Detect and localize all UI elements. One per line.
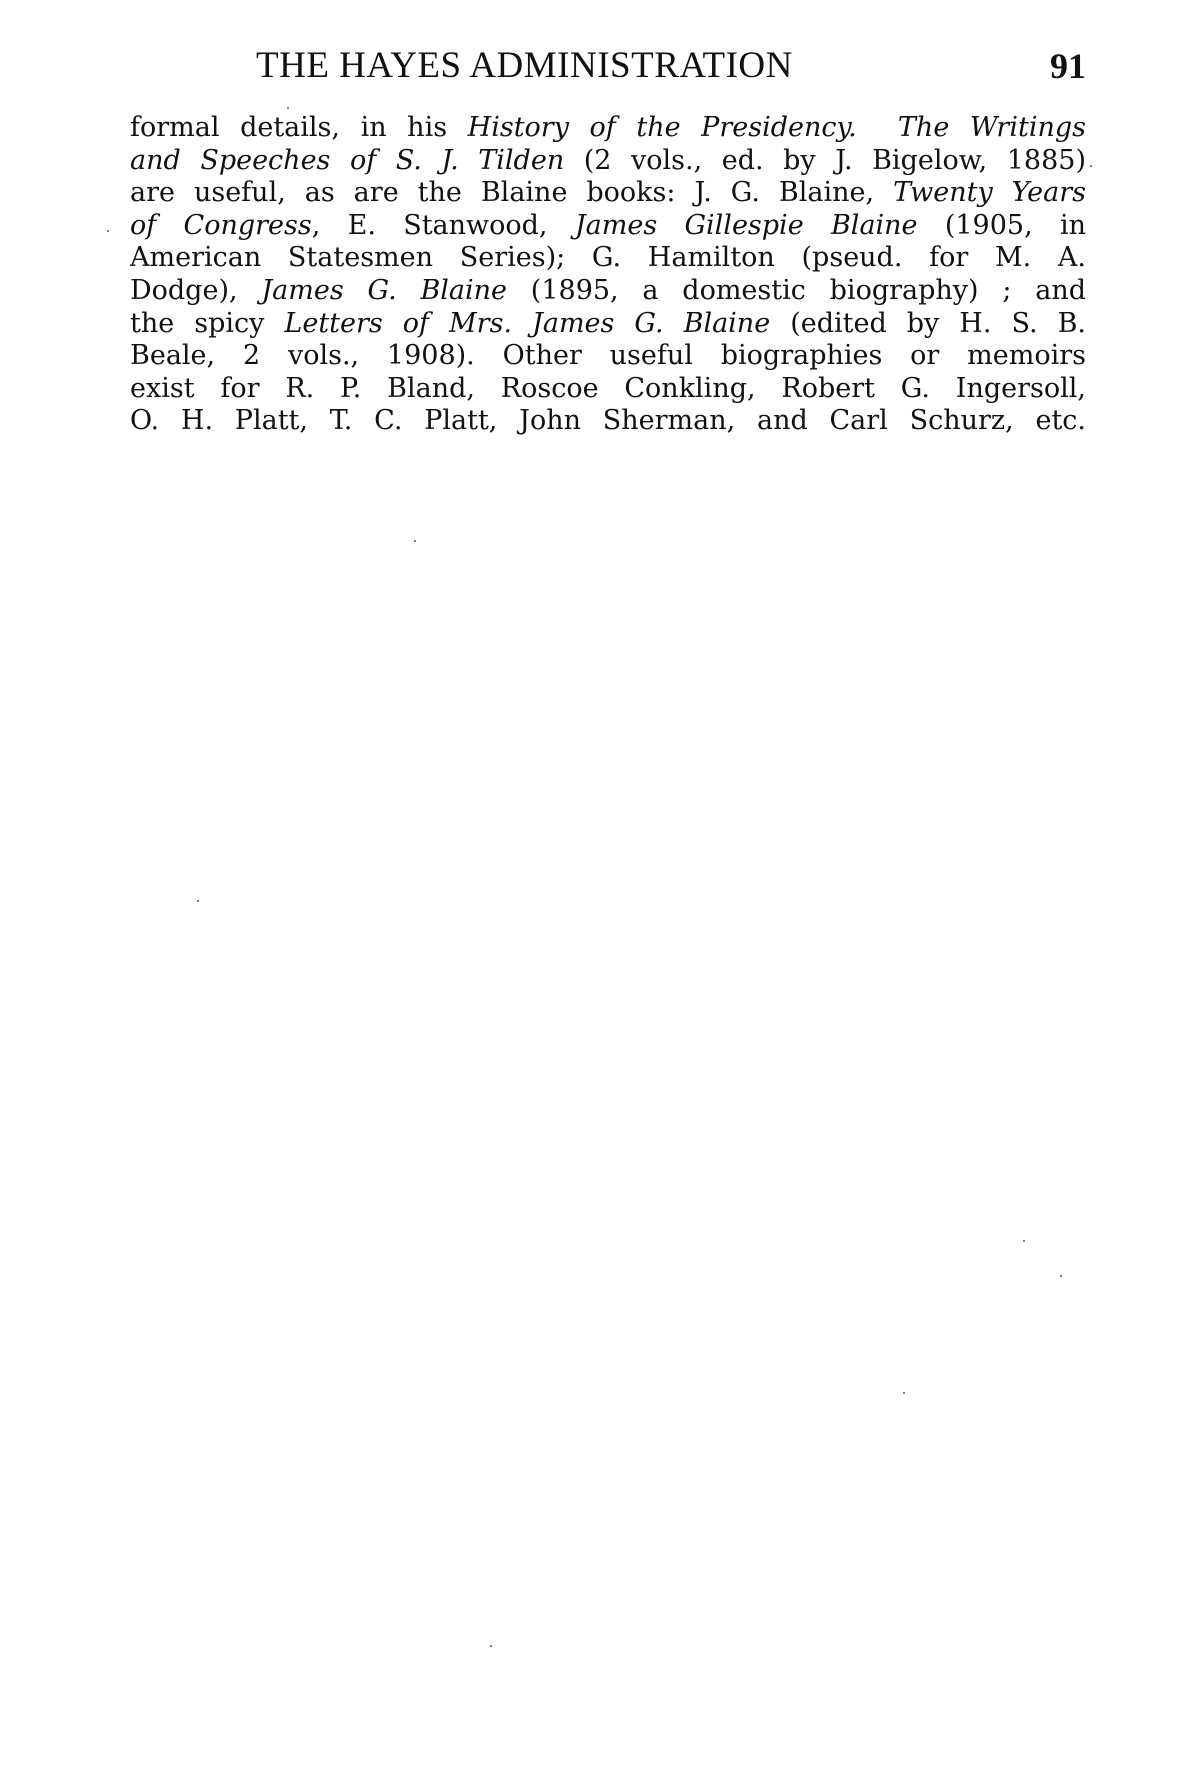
scan-speck	[197, 900, 199, 902]
text-run: American Statesmen Series); G. Hamilton …	[130, 242, 1086, 273]
text-line: of Congress, E. Stanwood, James Gillespi…	[130, 210, 1086, 243]
text-line: O. H. Platt, T. C. Platt, John Sherman, …	[130, 405, 1086, 438]
text-run: O. H. Platt, T. C. Platt, John Sherman, …	[130, 405, 1086, 436]
italic-title: James Gillespie Blaine	[575, 210, 918, 241]
text-run: exist for R. P. Bland, Roscoe Conkling, …	[130, 373, 1086, 404]
italic-title: Letters of Mrs. James G. Blaine	[284, 308, 770, 339]
scan-speck	[903, 1392, 905, 1394]
body-paragraph: formal details, in his History of the Pr…	[130, 112, 1086, 438]
italic-title: Twenty Years	[893, 177, 1086, 208]
text-run: (1905, in	[918, 210, 1086, 241]
italic-title: History of the Presidency.	[468, 112, 857, 143]
scan-speck	[1023, 1240, 1025, 1242]
page-number: 91	[1050, 44, 1086, 88]
italic-title: The Writings	[898, 112, 1086, 143]
text-run: Beale, 2 vols., 1908). Other useful biog…	[130, 340, 1086, 371]
text-line: Beale, 2 vols., 1908). Other useful biog…	[130, 340, 1086, 373]
text-line: exist for R. P. Bland, Roscoe Conkling, …	[130, 373, 1086, 406]
text-run: (2 vols., ed. by J. Bigelow, 1885)	[564, 145, 1086, 176]
text-run: (1895, a domestic biography) ; and	[507, 275, 1086, 306]
scan-speck	[414, 540, 416, 542]
scan-speck	[107, 230, 109, 232]
text-run: (edited by H. S. B.	[770, 308, 1086, 339]
scan-speck	[490, 1645, 492, 1647]
running-title: THE HAYES ADMINISTRATION	[256, 44, 793, 88]
text-line: Dodge), James G. Blaine (1895, a domesti…	[130, 275, 1086, 308]
text-run: , E. Stanwood,	[312, 210, 575, 241]
text-line: the spicy Letters of Mrs. James G. Blain…	[130, 308, 1086, 341]
text-line: are useful, as are the Blaine books: J. …	[130, 177, 1086, 210]
scan-speck	[1090, 165, 1092, 167]
text-line: formal details, in his History of the Pr…	[130, 112, 1086, 145]
text-run: Dodge),	[130, 275, 261, 306]
page-header: THE HAYES ADMINISTRATION 91	[256, 44, 1086, 88]
scan-speck	[1060, 1275, 1062, 1277]
text-line: American Statesmen Series); G. Hamilton …	[130, 242, 1086, 275]
italic-title: and Speeches of S. J. Tilden	[130, 145, 564, 176]
text-run: are useful, as are the Blaine books: J. …	[130, 177, 893, 208]
text-run: the spicy	[130, 308, 284, 339]
text-run: formal details, in his	[130, 112, 468, 143]
italic-title: of Congress	[130, 210, 312, 241]
scan-speck	[1036, 164, 1038, 166]
text-line: and Speeches of S. J. Tilden (2 vols., e…	[130, 145, 1086, 178]
scan-speck	[287, 107, 289, 109]
italic-title: James G. Blaine	[261, 275, 507, 306]
text-run	[857, 112, 898, 143]
